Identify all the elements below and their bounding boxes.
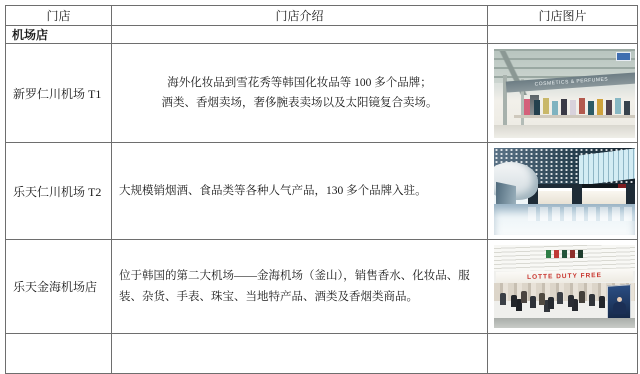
store-table: 门店 门店介绍 门店图片 机场店 新罗仁川机场 T1 海外化妆品到雪花秀等韩国化… [5,5,638,339]
column-header-intro: 门店介绍 [112,6,488,26]
photo-cosmetics-counters [524,99,530,115]
store-intro-shilla-t1: 海外化妆品到雪花秀等韩国化妆品等 100 多个品牌； 酒类、香烟卖场，奢侈腕表卖… [112,44,488,143]
photo-decor [530,95,539,115]
table-row: 乐天仁川机场 T2 大规模销烟酒、食品类等各种人气产品，130 多个品牌入驻。 [6,143,638,240]
section-row-airport-stores: 机场店 [6,26,638,44]
photo-decor [546,250,551,258]
photo-decor [582,184,626,188]
shilla-incheon-t1-store-photo: COSMETICS & PERFUMES [494,49,635,138]
table-header-row: 门店 门店介绍 门店图片 [6,6,638,26]
empty-cell [6,334,112,340]
intro-line: 位于韩国的第二大机场——金海机场（釜山），销售香水、化妆品、服装、杂货、手表、珠… [119,266,480,306]
store-photo-cell [488,143,638,240]
table-row: 乐天金海机场店 位于韩国的第二大机场——金海机场（釜山），销售香水、化妆品、服装… [6,240,638,334]
photo-crowd [500,293,506,305]
photo-ceiling [494,245,635,271]
photo-windows [579,148,635,185]
store-name-lotte-t2: 乐天仁川机场 T2 [6,143,112,240]
store-intro-lotte-gimhae: 位于韩国的第二大机场——金海机场（釜山），销售香水、化妆品、服装、杂货、手表、珠… [112,240,488,334]
store-table-container: 门店 门店介绍 门店图片 机场店 新罗仁川机场 T1 海外化妆品到雪花秀等韩国化… [5,5,638,339]
store-name-lotte-gimhae: 乐天金海机场店 [6,240,112,334]
store-intro-lotte-t2: 大规模销烟酒、食品类等各种人气产品，130 多个品牌入驻。 [112,143,488,240]
lotte-gimhae-duty-free-photo: LOTTE DUTY FREE [494,245,635,328]
empty-cell [488,334,638,340]
section-header-label: 机场店 [6,26,112,44]
table-row: 新罗仁川机场 T1 海外化妆品到雪花秀等韩国化妆品等 100 多个品牌； 酒类、… [6,44,638,143]
photo-decor [528,207,635,221]
photo-floor [494,125,635,138]
column-header-image: 门店图片 [488,6,638,26]
photo-decor [613,302,626,314]
photo-blue-sign [616,52,631,61]
store-photo-cell: LOTTE DUTY FREE [488,240,638,334]
store-photo-cell: COSMETICS & PERFUMES [488,44,638,143]
table-row-cutoff [6,334,638,340]
intro-line: 酒类、香烟卖场，奢侈腕表卖场以及太阳镜复合卖场。 [119,93,480,113]
section-empty-cell [112,26,488,44]
intro-line: 大规模销烟酒、食品类等各种人气产品，130 多个品牌入驻。 [119,181,480,201]
empty-cell [112,334,488,340]
column-header-store: 门店 [6,6,112,26]
store-name-shilla-t1: 新罗仁川机场 T1 [6,44,112,143]
lotte-incheon-t2-terminal-photo [494,148,635,235]
section-empty-cell [488,26,638,44]
photo-floor [494,318,635,328]
photo-decor [514,115,635,118]
intro-line: 海外化妆品到雪花秀等韩国化妆品等 100 多个品牌； [119,73,480,93]
